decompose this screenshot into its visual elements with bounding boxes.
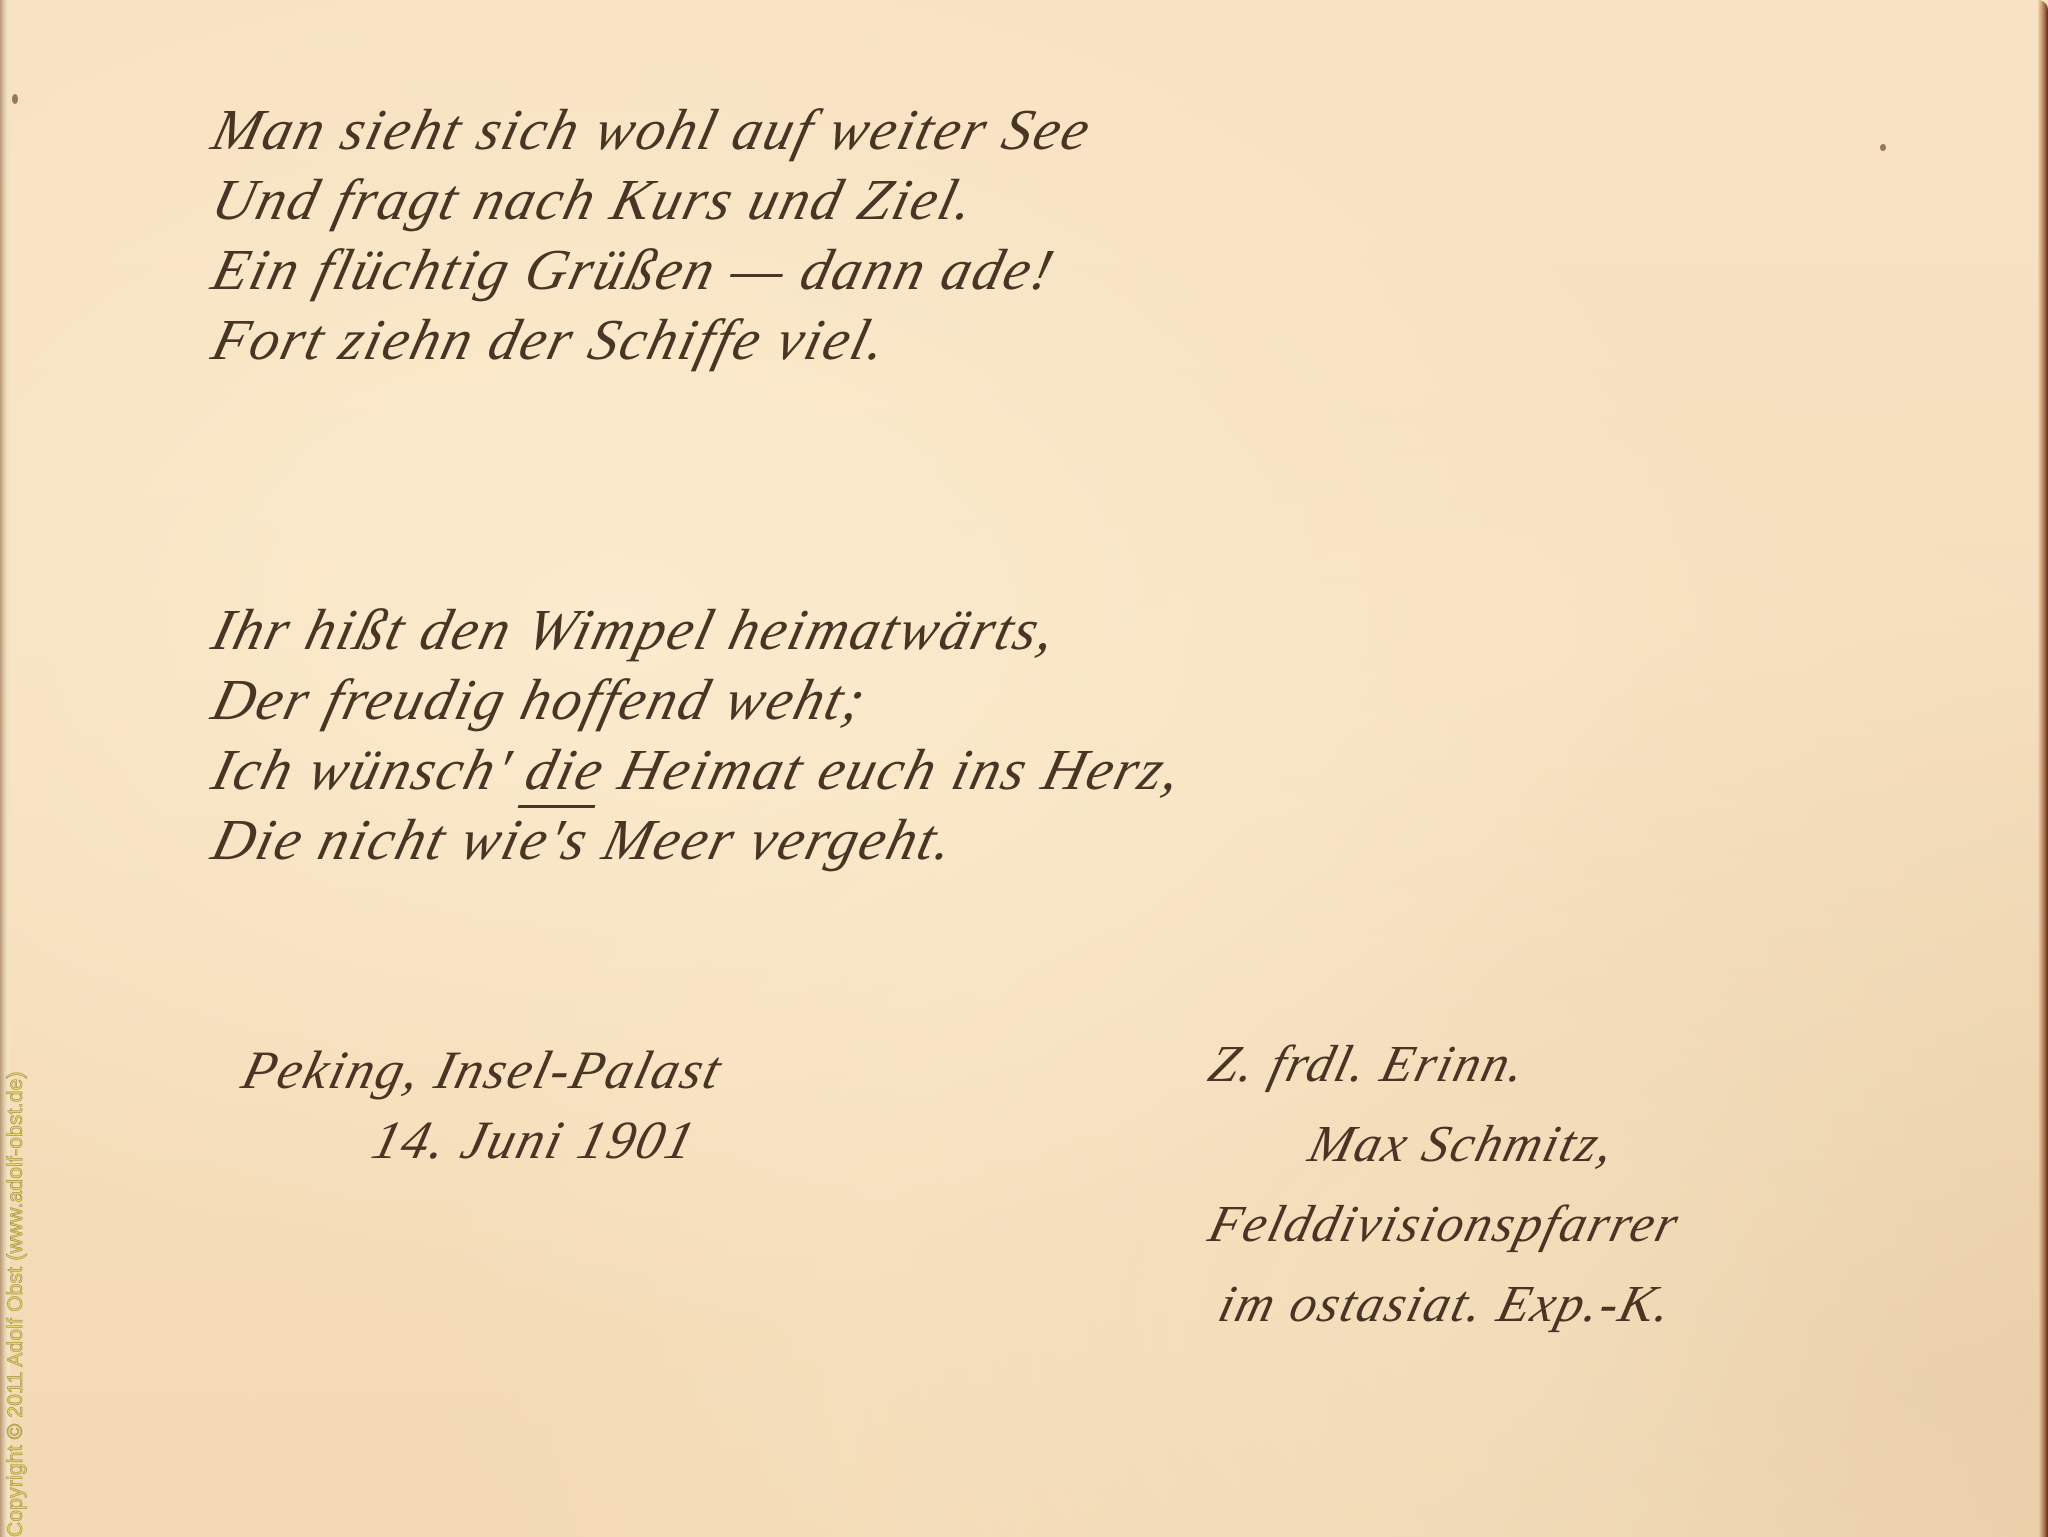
signature-greeting: Z. frdl. Erinn. xyxy=(1200,1025,1688,1105)
poem-line: Ich wünsch' die Heimat euch ins Herz, xyxy=(205,735,1190,805)
poem-text: Heimat euch ins Herz, xyxy=(596,737,1189,802)
place: Peking, Insel-Palast xyxy=(235,1035,730,1105)
ink-spot xyxy=(1880,144,1886,151)
poem-line: Ein flüchtig Grüßen — dann ade! xyxy=(205,235,1099,305)
poem-line: Der freudig hoffend weht; xyxy=(205,665,1190,735)
poem-line: Und fragt nach Kurs und Ziel. xyxy=(205,165,1099,235)
poem-stanza-1: Man sieht sich wohl auf weiter See Und f… xyxy=(205,95,1082,375)
date: 14. Juni 1901 xyxy=(235,1105,730,1175)
poem-line: Man sieht sich wohl auf weiter See xyxy=(205,95,1099,165)
poem-text: Ich wünsch' xyxy=(206,737,536,802)
signature-block: Z. frdl. Erinn. Max Schmitz, Felddivisio… xyxy=(1200,1025,1669,1345)
poem-line: Ihr hißt den Wimpel heimatwärts, xyxy=(205,595,1190,665)
place-and-date: Peking, Insel-Palast 14. Juni 1901 xyxy=(235,1035,713,1175)
copyright-watermark: Copyright © 2011 Adolf Obst (www.adolf-o… xyxy=(4,1071,28,1537)
ink-spot xyxy=(12,94,18,104)
page-right-edge xyxy=(2038,0,2048,1537)
signature-title: Felddivisionspfarrer xyxy=(1200,1185,1688,1265)
signature-name: Max Schmitz, xyxy=(1200,1105,1688,1185)
poem-stanza-2: Ihr hißt den Wimpel heimatwärts, Der fre… xyxy=(205,595,1173,875)
poem-line: Fort ziehn der Schiffe viel. xyxy=(205,305,1099,375)
poem-line: Die nicht wie's Meer vergeht. xyxy=(205,805,1190,875)
document-page: Man sieht sich wohl auf weiter See Und f… xyxy=(0,0,2048,1537)
signature-unit: im ostasiat. Exp.-K. xyxy=(1200,1265,1688,1345)
